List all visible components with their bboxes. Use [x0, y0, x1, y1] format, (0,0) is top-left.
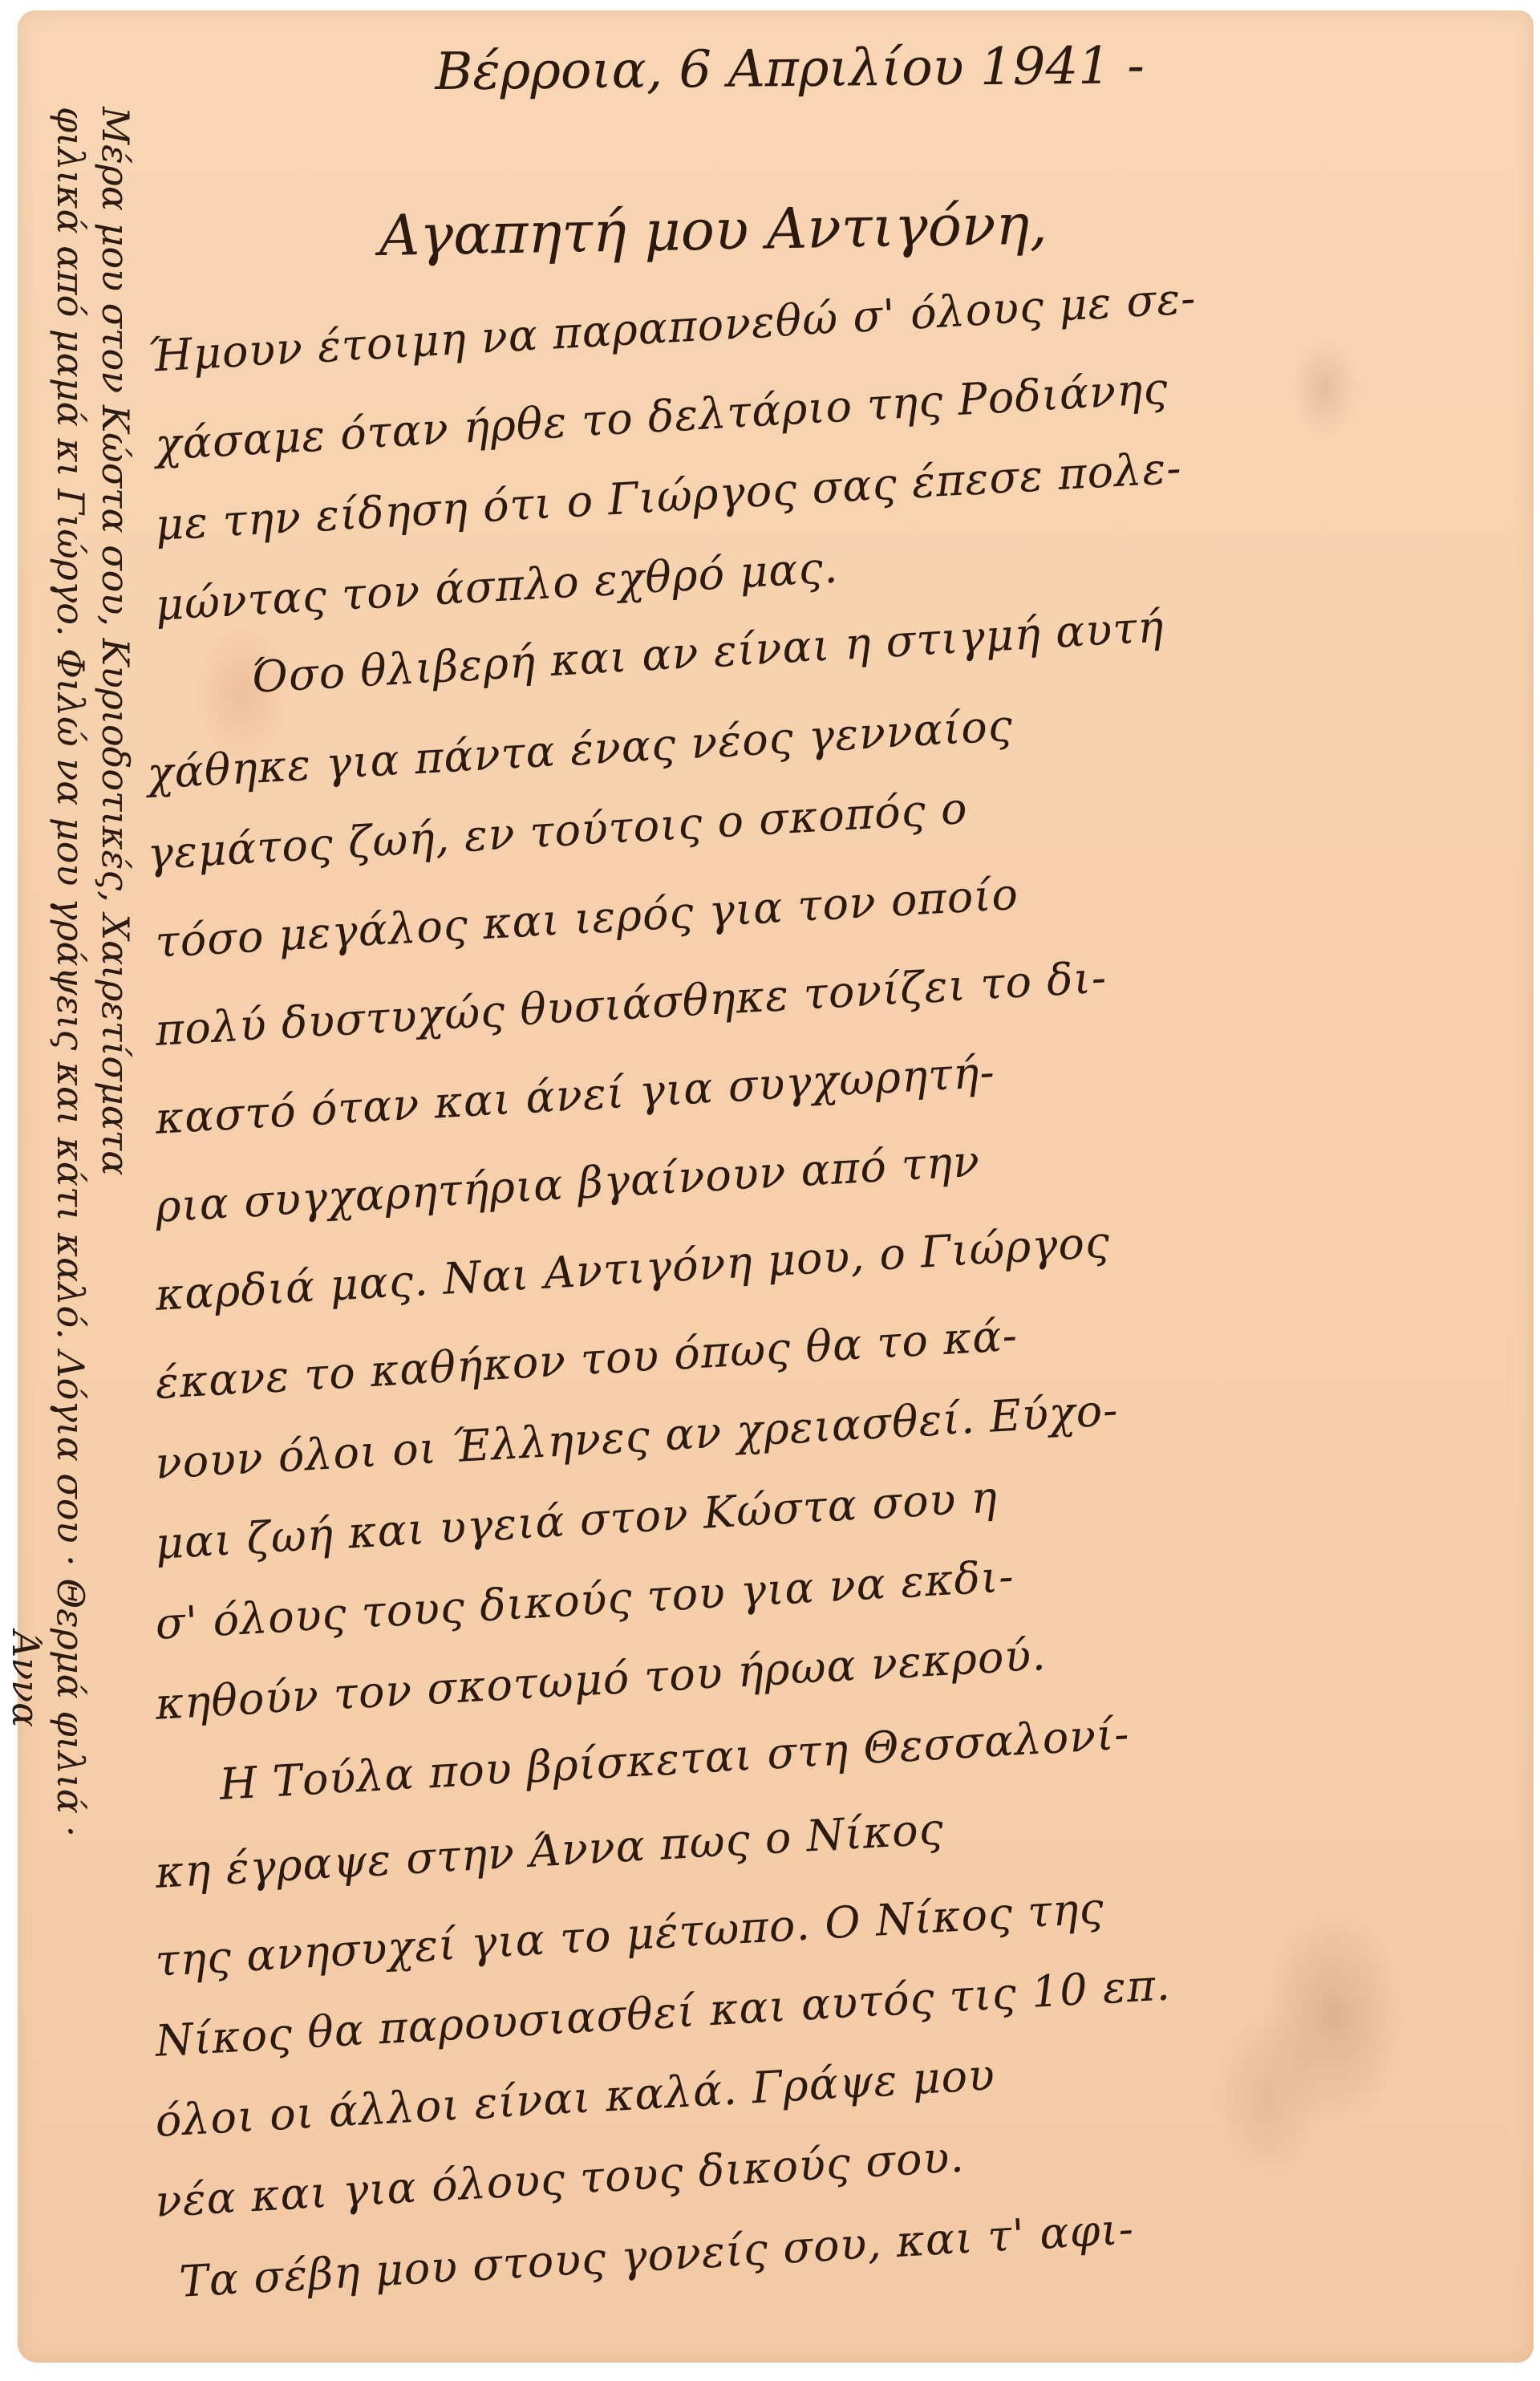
- body-line: μαι ζωή και υγειά στον Κώστα σου η: [154, 1471, 999, 1569]
- body-line: τόσο μεγάλος και ιερός για τον οποίο: [154, 869, 1019, 967]
- body-line: Ήμουν έτοιμη να παραπονεθώ σ' όλους με σ…: [146, 273, 1198, 382]
- body-line: έκανε το καθήκον του όπως θα το κά-: [154, 1310, 1019, 1409]
- salutation: Αγαπητή μου Αντιγόνη,: [379, 191, 1048, 269]
- margin-note-line: Μέρα μου στον Κώστα σου, Κυριοδοτικές, Χ…: [93, 107, 138, 1837]
- body-line: όλοι οι άλλοι είναι καλά. Γράψε μου: [154, 2049, 996, 2146]
- body-line: καστό όταν και άνεί για συγχωρητή-: [154, 1046, 996, 1143]
- body-line: καρδιά μας. Ναι Αντιγόνη μου, ο Γιώργος: [154, 1216, 1112, 1320]
- body-line: Τα σέβη μου στους γονείς σου, και τ' αφι…: [178, 2203, 1135, 2306]
- margin-note-signature: Άννα: [3, 107, 48, 1837]
- body-line: γεμάτος ζωή, εν τούτοις ο σκοπός ο: [146, 783, 969, 879]
- margin-note: Μέρα μου στον Κώστα σου, Κυριοδοτικές, Χ…: [3, 107, 138, 1837]
- body-line: χάθηκε για πάντα ένας νέος γενναίος: [146, 700, 1015, 799]
- body-line: σ' όλους τους δικούς του για να εκδι-: [154, 1551, 1015, 1649]
- body-line: πολύ δυστυχώς θυσιάσθηκε τονίζει το δι-: [154, 952, 1108, 1056]
- letter-card: Βέρροια, 6 Απριλίου 1941 - Αγαπητή μου Α…: [18, 10, 1534, 2363]
- body-line: νέα και για όλους τους δικούς σου.: [154, 2132, 966, 2227]
- body-line: ρια συγχαρητήρια βγαίνουν από την: [154, 1136, 981, 1232]
- place-date-heading: Βέρροια, 6 Απριλίου 1941 -: [435, 36, 1145, 102]
- body-line: κη έγραψε στην Άννα πως ο Νίκος: [154, 1803, 945, 1898]
- margin-note-line: φιλικά από μαμά κι Γιώργο. Φιλώ να μου γ…: [48, 107, 93, 1837]
- body-line: κηθούν τον σκοτωμό του ήρωα νεκρού.: [154, 1629, 1048, 1730]
- body-line: Η Τούλα που βρίσκεται στη Θεσσαλονί-: [218, 1709, 1131, 1810]
- body-line: μώντας τον άσπλο εχθρό μας.: [154, 542, 840, 630]
